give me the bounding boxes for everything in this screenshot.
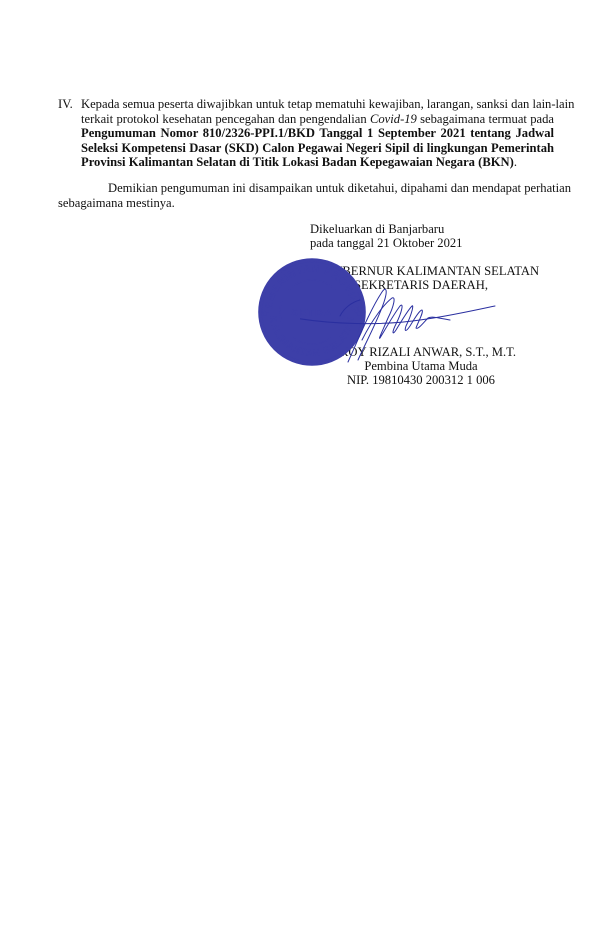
- signatory-nip: NIP. 19810430 200312 1 006: [291, 373, 551, 388]
- paragraph-line-bold: Provinsi Kalimantan Selatan di Titik Lok…: [81, 155, 554, 170]
- closing-line: Demikian pengumuman ini disampaikan untu…: [58, 181, 554, 196]
- paragraph-line: terkait protokol kesehatan pencegahan da…: [81, 112, 554, 127]
- item-paragraph: Kepada semua peserta diwajibkan untuk te…: [81, 97, 554, 170]
- signature-icon: [300, 280, 500, 370]
- document-page: IV. Kepada semua peserta diwajibkan untu…: [0, 0, 613, 937]
- closing-paragraph: Demikian pengumuman ini disampaikan untu…: [58, 181, 554, 210]
- closing-line: sebagaimana mestinya.: [58, 196, 554, 211]
- paragraph-line-bold: Seleksi Kompetensi Dasar (SKD) Calon Peg…: [81, 141, 554, 156]
- item-number: IV.: [58, 97, 73, 112]
- covid-term: Covid-19: [370, 112, 417, 126]
- svg-text:★: ★: [261, 309, 269, 318]
- issued-date: pada tanggal 21 Oktober 2021: [310, 236, 462, 251]
- paragraph-line-bold: Pengumuman Nomor 810/2326-PPI.1/BKD Tang…: [81, 126, 554, 141]
- issued-place: Dikeluarkan di Banjarbaru: [310, 222, 444, 237]
- paragraph-line: Kepada semua peserta diwajibkan untuk te…: [81, 97, 554, 112]
